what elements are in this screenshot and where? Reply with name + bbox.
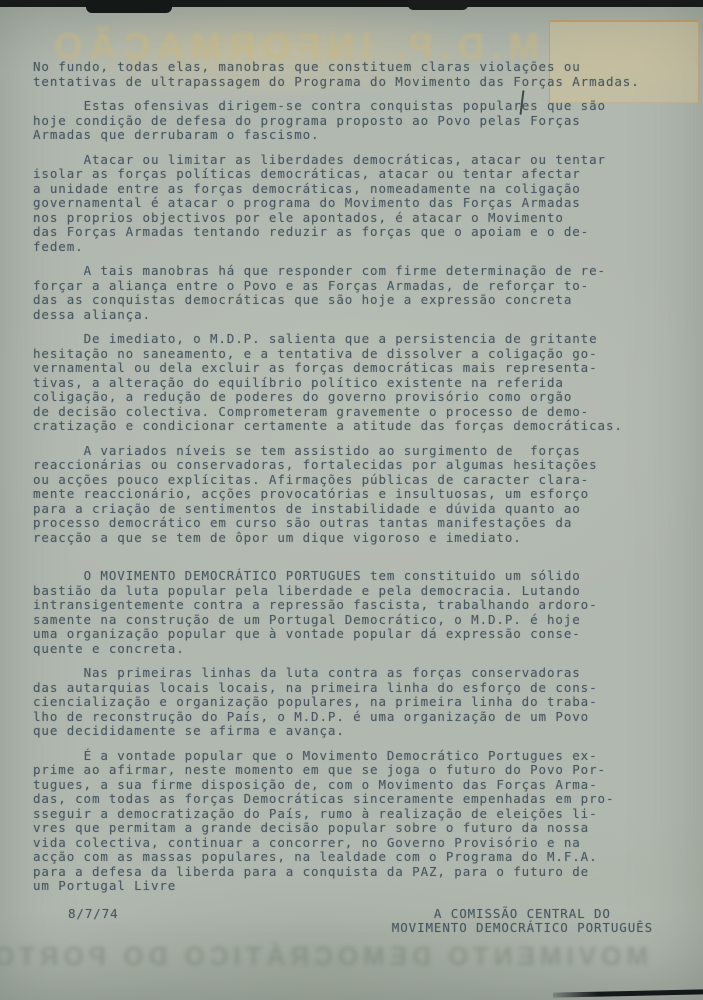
- typewritten-body: No fundo, todas elas, manobras que const…: [33, 60, 681, 936]
- typewritten-paragraph: A variados níveis se tem assistido ao su…: [33, 444, 681, 546]
- scan-edge-top-bump2: [408, 0, 468, 10]
- typewritten-paragraph: Nas primeiras linhas da luta contra as f…: [33, 666, 681, 739]
- document-footer: 8/7/74 A COMISSÃO CENTRAL DO MOVIMENTO D…: [33, 907, 681, 936]
- scanned-document-page: M.D.P. INFORMAÇÃO No fundo, todas elas, …: [0, 0, 703, 1000]
- typewritten-paragraph: De imediato, o M.D.P. salienta que a per…: [33, 332, 681, 434]
- typewritten-paragraph: No fundo, todas elas, manobras que const…: [33, 60, 681, 89]
- typewritten-paragraph: É a vontade popular que o Movimento Demo…: [33, 749, 681, 894]
- typewritten-paragraph: Atacar ou limitar as liberdades democrát…: [33, 153, 681, 255]
- signature-block: A COMISSÃO CENTRAL DO MOVIMENTO DEMOCRÁT…: [392, 907, 653, 936]
- typewritten-paragraph: A tais manobras há que responder com fir…: [33, 264, 681, 322]
- scan-edge-bottom-right: [553, 989, 703, 997]
- document-date: 8/7/74: [68, 907, 119, 922]
- typewritten-paragraph: Estas ofensivas dirigem-se contra conqui…: [33, 99, 681, 143]
- typewritten-paragraph: O MOVIMENTO DEMOCRÁTICO PORTUGUES tem co…: [33, 569, 681, 656]
- scan-edge-top-bump: [86, 0, 172, 13]
- bleed-through-footer-text: MOVIMENTO DEMOCRÁTICO DO PORTO: [48, 941, 648, 972]
